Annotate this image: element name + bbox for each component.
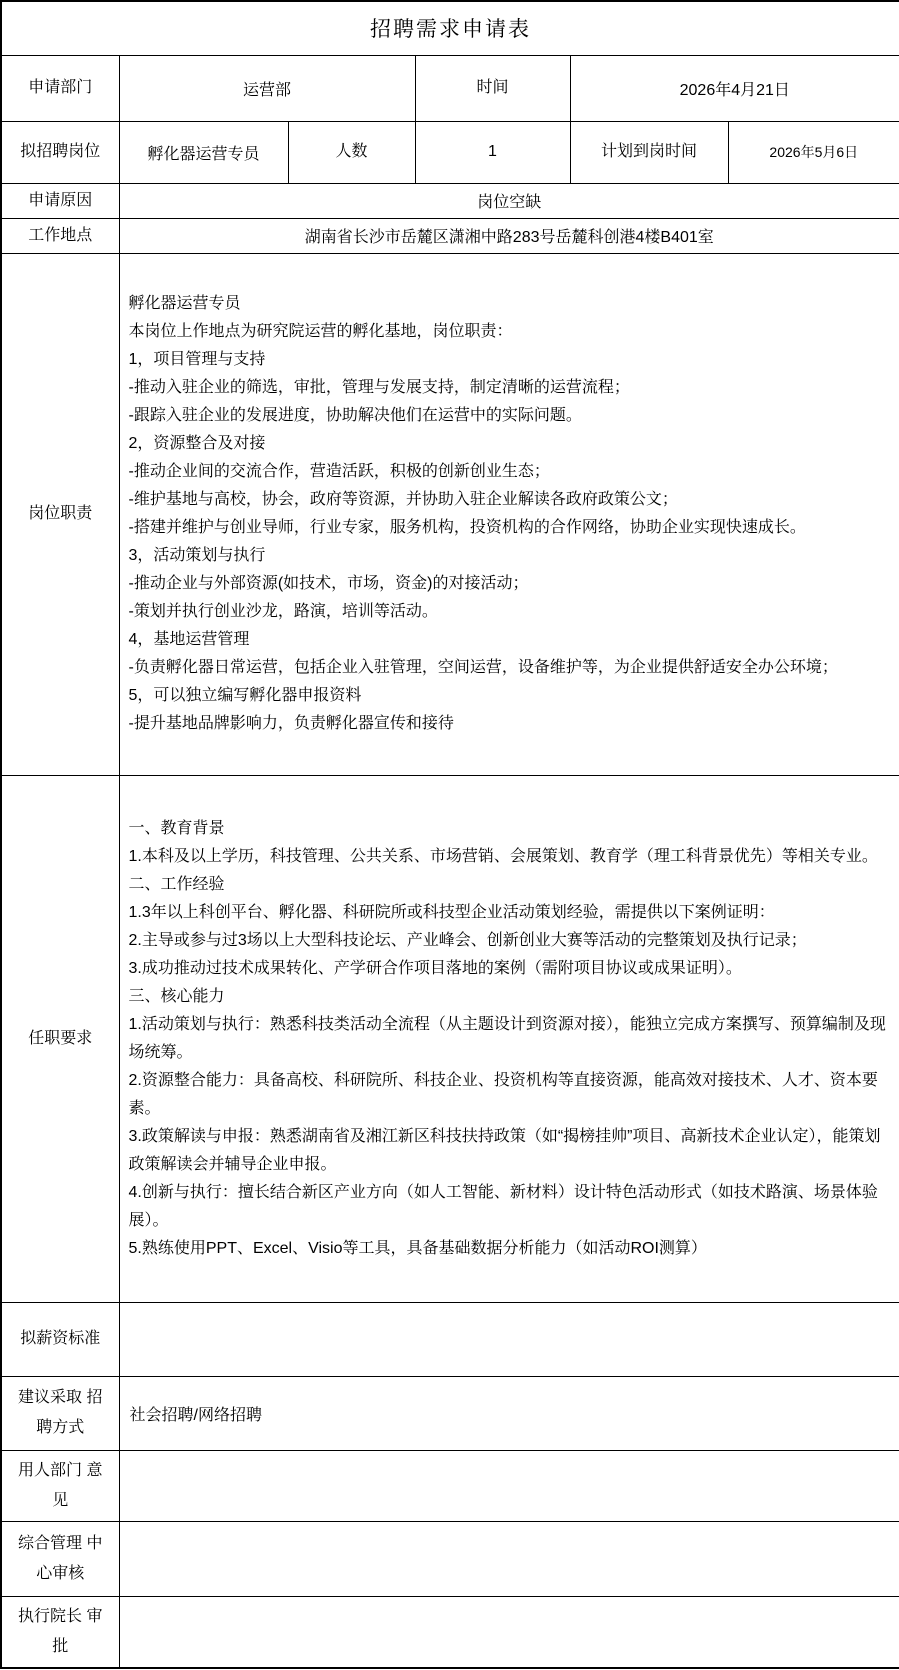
- salary-value: [119, 1302, 899, 1376]
- president-approval-label: 执行院长 审批: [1, 1596, 119, 1668]
- recruitment-request-table: 招聘需求申请表 申请部门 运营部 时间 2026年4月21日 拟招聘岗位 孵化器…: [0, 0, 899, 1669]
- location-label: 工作地点: [1, 218, 119, 253]
- form-title: 招聘需求申请表: [1, 1, 899, 55]
- reason-label: 申请原因: [1, 183, 119, 218]
- salary-label: 拟薪资标准: [1, 1302, 119, 1376]
- recruit-method-value: 社会招聘/网络招聘: [119, 1376, 899, 1450]
- form-sheet: 招聘需求申请表 申请部门 运营部 时间 2026年4月21日 拟招聘岗位 孵化器…: [0, 0, 899, 1669]
- arrival-time-label: 计划到岗时间: [570, 121, 728, 183]
- requirements-label: 任职要求: [1, 775, 119, 1302]
- position-label: 拟招聘岗位: [1, 121, 119, 183]
- admin-review-label: 综合管理 中心审核: [1, 1521, 119, 1596]
- requirements-content: 一、教育背景 1.本科及以上学历，科技管理、公共关系、市场营销、会展策划、教育学…: [119, 775, 899, 1302]
- arrival-time-value: 2026年5月6日: [728, 121, 899, 183]
- apply-dept-label: 申请部门: [1, 55, 119, 121]
- dept-opinion-label: 用人部门 意见: [1, 1450, 119, 1521]
- date-label: 时间: [415, 55, 570, 121]
- dept-opinion-value: [119, 1450, 899, 1521]
- recruit-method-label: 建议采取 招聘方式: [1, 1376, 119, 1450]
- admin-review-value: [119, 1521, 899, 1596]
- duties-content: 孵化器运营专员 本岗位上作地点为研究院运营的孵化基地，岗位职责： 1，项目管理与…: [119, 253, 899, 775]
- apply-dept-value: 运营部: [119, 55, 415, 121]
- headcount-label: 人数: [288, 121, 415, 183]
- location-value: 湖南省长沙市岳麓区潇湘中路283号岳麓科创港4楼B401室: [119, 218, 899, 253]
- duties-label: 岗位职责: [1, 253, 119, 775]
- headcount-value: 1: [415, 121, 570, 183]
- position-value: 孵化器运营专员: [119, 121, 288, 183]
- date-value: 2026年4月21日: [570, 55, 899, 121]
- president-approval-value: [119, 1596, 899, 1668]
- reason-value: 岗位空缺: [119, 183, 899, 218]
